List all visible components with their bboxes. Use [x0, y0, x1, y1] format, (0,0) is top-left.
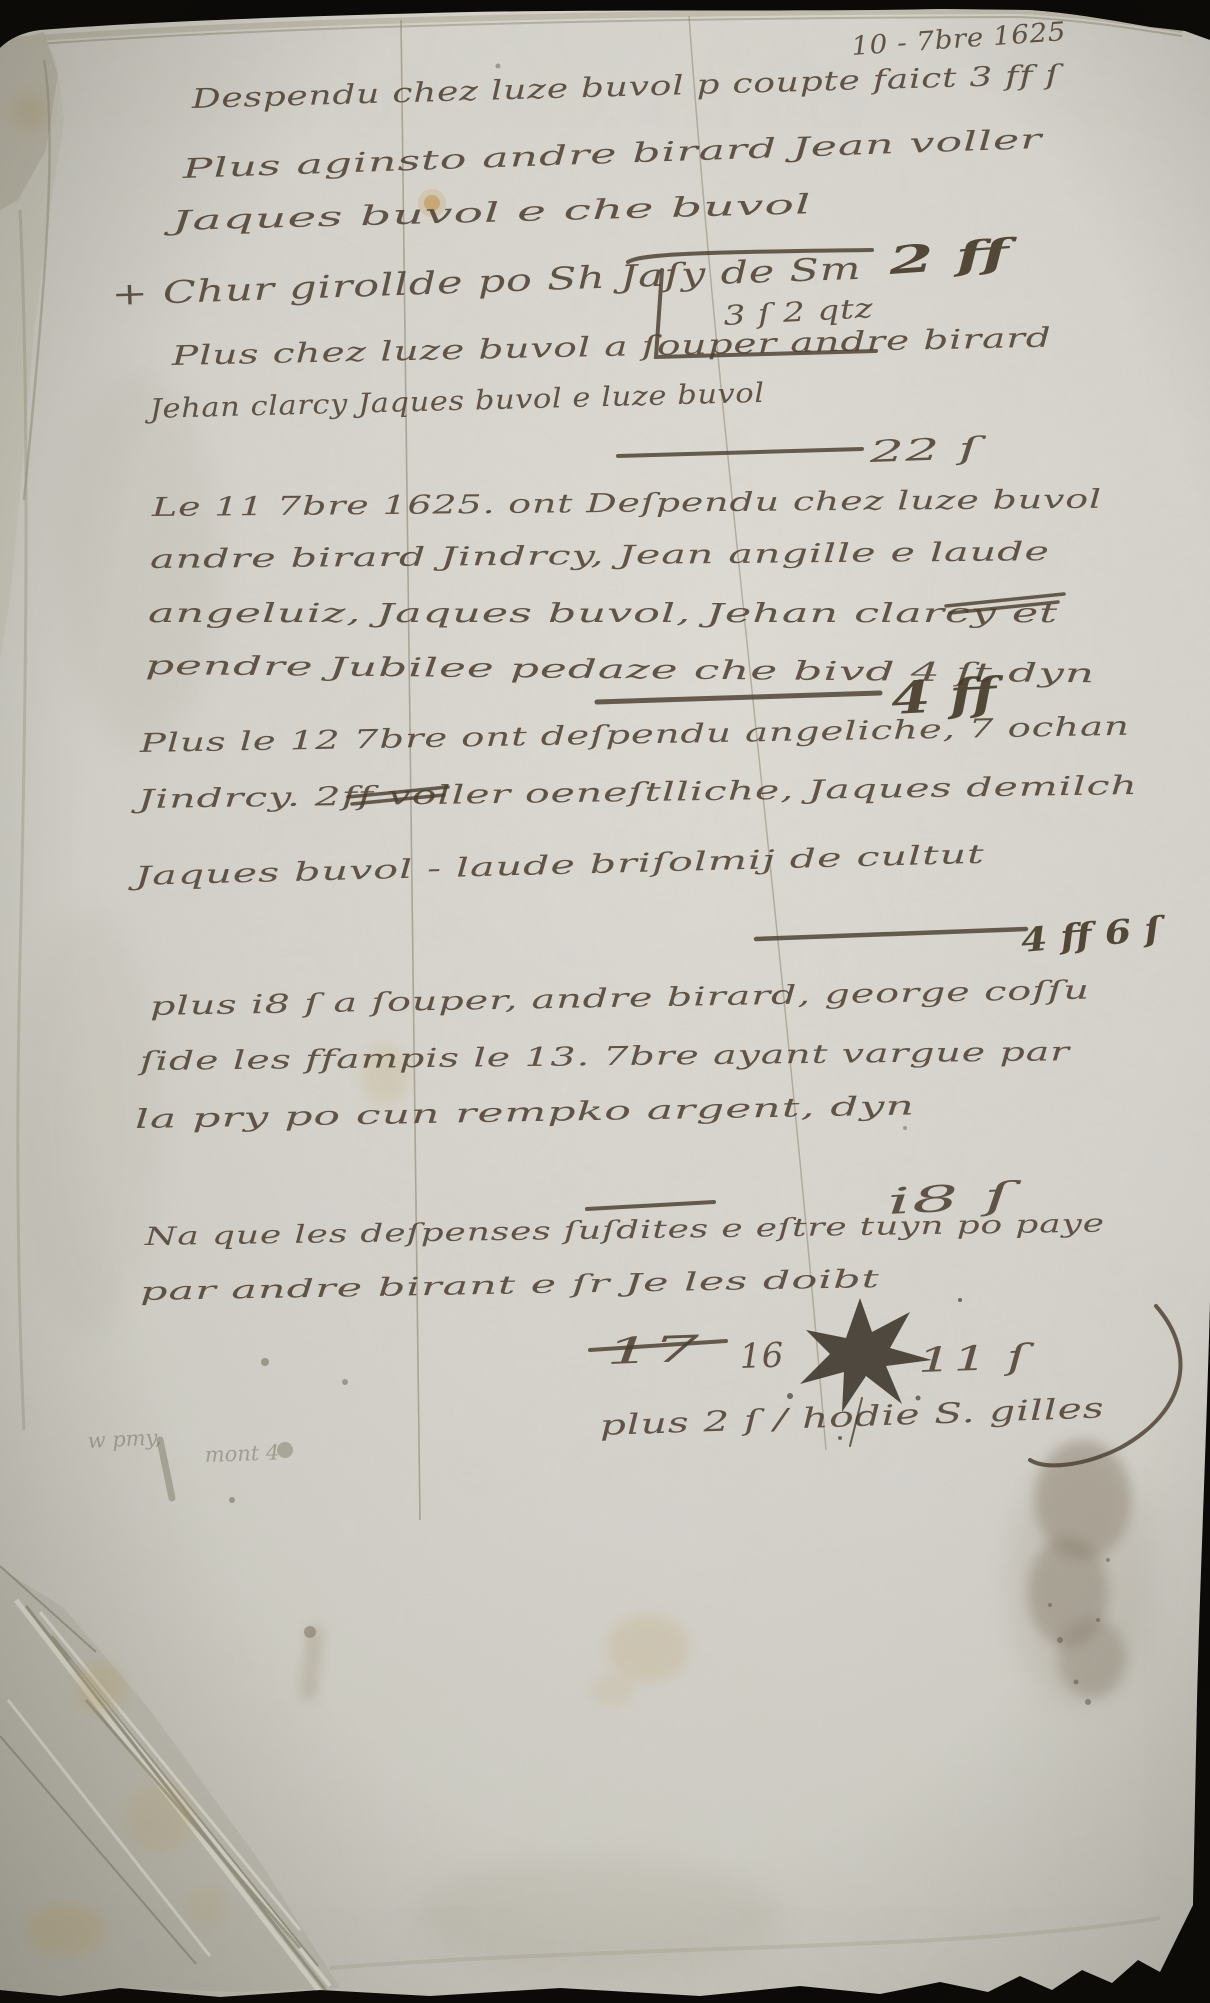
page-canvas: 10 - 7bre 1625 Despendu chez luze buvol …	[0, 0, 1210, 2003]
photo-vignette	[0, 0, 1210, 2003]
manuscript-photo: 10 - 7bre 1625 Despendu chez luze buvol …	[0, 0, 1210, 2003]
